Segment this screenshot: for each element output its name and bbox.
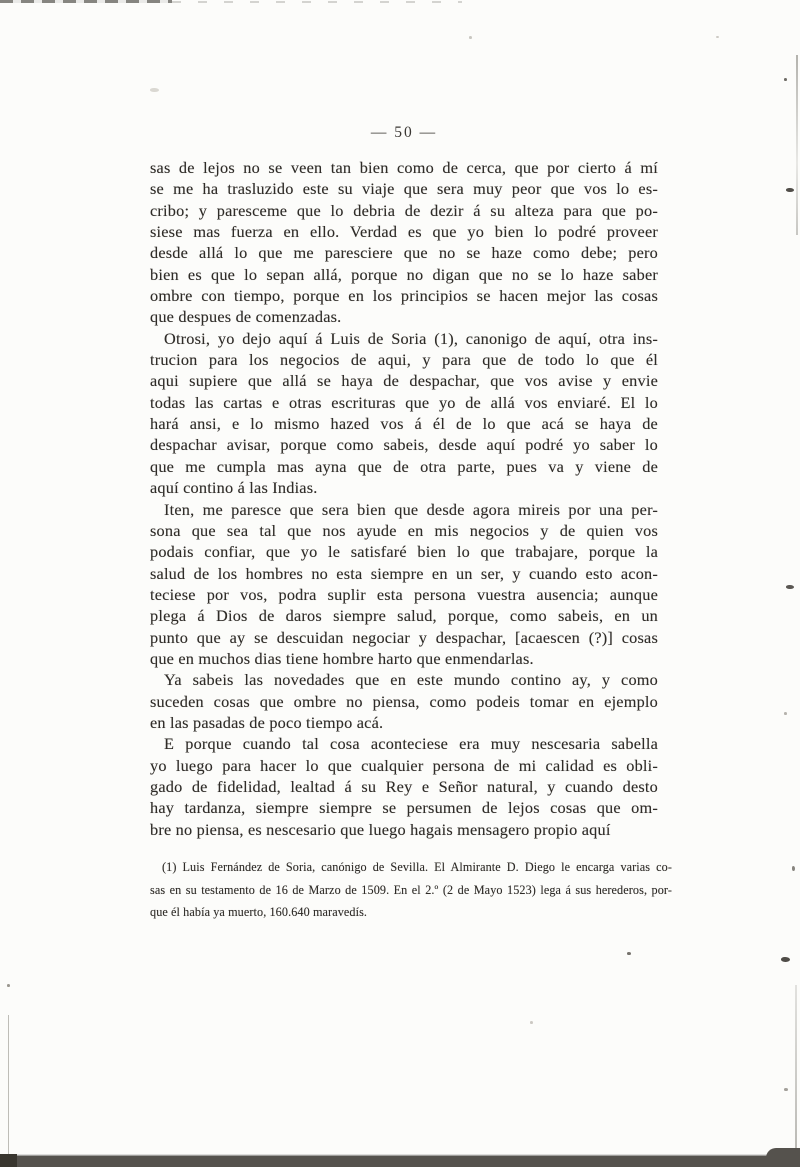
text-line: todas las cartas e otras escrituras que … — [150, 392, 658, 413]
text-line: teciese por vos, podra suplir esta perso… — [150, 584, 658, 605]
text-line: siese mas fuerza en ello. Verdad es que … — [150, 221, 658, 242]
body-text: sas de lejos no se veen tan bien como de… — [150, 157, 658, 840]
paper-speck — [784, 78, 787, 81]
text-line: sona que sea tal que nos ayude en mis ne… — [150, 520, 658, 541]
text-line: salud de los hombres no esta siempre en … — [150, 563, 658, 584]
text-line: sas en su testamento de 16 de Marzo de 1… — [150, 879, 672, 902]
text-line: se me ha trasluzido este su viaje que se… — [150, 178, 658, 199]
text-line: ombre con tiempo, porque en los principi… — [150, 285, 658, 306]
text-line: yo luego para hacer lo que cualquier per… — [150, 755, 658, 776]
paper-speck — [786, 188, 794, 192]
scan-artifact-right-edge-bottom — [795, 985, 797, 1153]
text-line: bre no piensa, es nescesario que luego h… — [150, 819, 658, 840]
scan-artifact-left-line — [8, 1015, 9, 1155]
footnote: (1) Luis Fernández de Soria, canónigo de… — [150, 856, 672, 924]
paper-speck — [627, 952, 631, 955]
text-line: aquí contino á las Indias. — [150, 477, 658, 498]
text-line: E porque cuando tal cosa aconteciese era… — [150, 733, 658, 754]
text-line: desde allá lo que me paresciere que no s… — [150, 242, 658, 263]
text-line: hará ansi, e lo mismo hazed vos á él de … — [150, 413, 658, 434]
text-line: Ya sabeis las novedades que en este mund… — [150, 669, 658, 690]
text-line: hay tardanza, siempre siempre se persume… — [150, 797, 658, 818]
paper-speck — [150, 88, 159, 92]
paper-speck — [792, 866, 795, 871]
text-line: en las pasadas de poco tiempo acá. — [150, 712, 658, 733]
paper-speck — [784, 712, 787, 715]
text-line: que despues de comenzadas. — [150, 306, 658, 327]
text-line: suceden cosas que ombre no piensa, como … — [150, 691, 658, 712]
scanned-book-page: — 50 — sas de lejos no se veen tan bien … — [0, 0, 800, 1167]
text-line: plega á Dios de daros siempre salud, por… — [150, 605, 658, 626]
text-line: que me cumpla mas ayna que de otra parte… — [150, 456, 658, 477]
scan-artifact-bottom-right-corner — [766, 1148, 800, 1167]
text-line: que él había ya muerto, 160.640 maravedí… — [150, 901, 672, 924]
paper-speck — [7, 984, 10, 987]
scan-artifact-bottom-edge — [0, 1156, 800, 1167]
text-line: sas de lejos no se veen tan bien como de… — [150, 157, 658, 178]
paper-speck — [469, 36, 472, 39]
paper-speck — [716, 36, 719, 38]
text-line: punto que ay se descuidan negociar y des… — [150, 627, 658, 648]
paper-speck — [784, 1088, 788, 1091]
paper-speck — [786, 585, 794, 589]
scan-artifact-top-edge — [0, 0, 172, 3]
page-number: — 50 — — [150, 124, 658, 142]
scan-artifact-bottom-left-corner — [0, 1154, 17, 1167]
text-line: (1) Luis Fernández de Soria, canónigo de… — [150, 856, 672, 879]
text-line: aqui supiere que allá se haya de despach… — [150, 370, 658, 391]
text-line: que en muchos dias tiene hombre harto qu… — [150, 648, 658, 669]
paper-speck — [530, 1021, 533, 1024]
text-line: Iten, me paresce que sera bien que desde… — [150, 499, 658, 520]
text-line: Otrosi, yo dejo aquí á Luis de Soria (1)… — [150, 328, 658, 349]
text-line: despachar avisar, porque como sabeis, de… — [150, 434, 658, 455]
text-line: cribo; y paresceme que lo debria de dezi… — [150, 200, 658, 221]
scan-artifact-top-edge-faint — [172, 1, 462, 3]
paper-speck — [781, 957, 790, 962]
text-line: podais confiar, que yo le satisfaré bien… — [150, 541, 658, 562]
text-line: bien es que lo sepan allá, porque no dig… — [150, 264, 658, 285]
scan-artifact-right-edge-top — [796, 55, 798, 235]
text-line: gado de fidelidad, lealtad á su Rey e Se… — [150, 776, 658, 797]
text-line: trucion para los negocios de aqui, y par… — [150, 349, 658, 370]
